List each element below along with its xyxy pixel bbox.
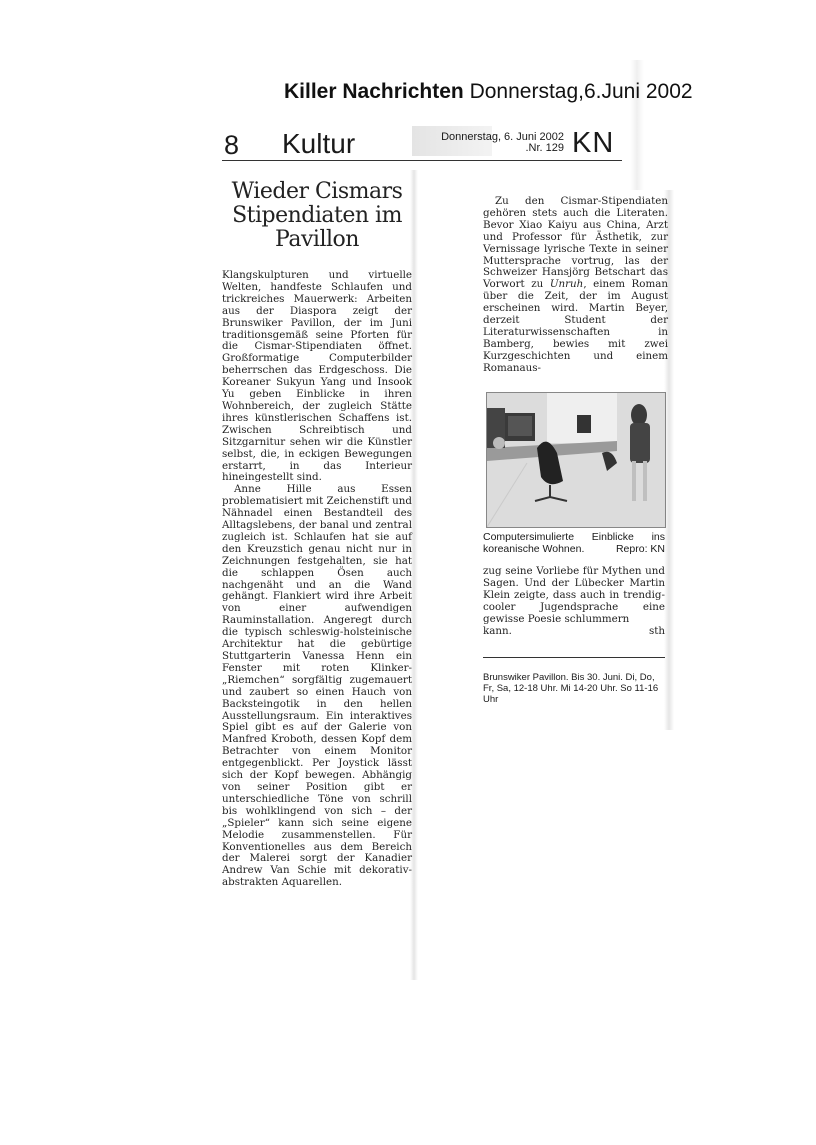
page-number: 8 — [224, 130, 239, 161]
newspaper-logo: KN — [572, 127, 614, 160]
photo-credit: Repro: KN — [616, 543, 665, 555]
article-column-left: Klangskulpturen und virtuelle Welten, ha… — [222, 270, 412, 889]
signature-line: kann. sth — [483, 626, 665, 638]
photo-caption: Computersimulierte Einblicke ins koreani… — [483, 531, 665, 555]
article-column-right: Zu den Cismar-Stipendiaten gehören stets… — [483, 196, 668, 375]
article-paragraph: Anne Hille aus Essen problematisiert mit… — [222, 484, 412, 889]
paragraph-text: , einem Roman über die Zeit, der im Augu… — [483, 278, 668, 373]
article-paragraph: Zu den Cismar-Stipendiaten gehören stets… — [483, 196, 668, 375]
event-info: Brunswiker Pavillon. Bis 30. Juni. Di, D… — [483, 672, 665, 705]
publication-date: Donnerstag,6.Juni 2002 — [470, 80, 693, 103]
article-column-right-continued: zug seine Vorliebe für Mythen und Sagen.… — [483, 566, 665, 637]
article-paragraph: Klangskulpturen und virtuelle Welten, ha… — [222, 270, 412, 484]
article-headline: Wieder Cismars Stipendiaten im Pavillon — [222, 180, 412, 252]
paragraph-text: Zu den Cismar-Stipendiaten gehören stets… — [483, 195, 668, 290]
scan-edge-shadow — [664, 190, 674, 730]
info-rule — [483, 657, 665, 658]
masthead: 8 Kultur Donnerstag, 6. Juni 2002 .Nr. 1… — [222, 126, 622, 162]
publication-name: Killer Nachrichten — [284, 80, 464, 103]
section-title: Kultur — [282, 128, 355, 160]
masthead-date: Donnerstag, 6. Juni 2002 .Nr. 129 — [434, 132, 564, 154]
book-title: Unruh — [550, 278, 584, 290]
masthead-issue: .Nr. 129 — [434, 143, 564, 154]
article-photo — [486, 392, 666, 528]
last-word: kann. — [483, 626, 512, 638]
article-paragraph: zug seine Vorliebe für Mythen und Sagen.… — [483, 566, 665, 626]
scan-fold-shadow — [410, 170, 418, 980]
office-scene-illustration — [487, 393, 665, 527]
masthead-rule — [222, 160, 622, 161]
author-initials: sth — [649, 626, 665, 638]
scan-edge-shadow — [630, 60, 644, 190]
